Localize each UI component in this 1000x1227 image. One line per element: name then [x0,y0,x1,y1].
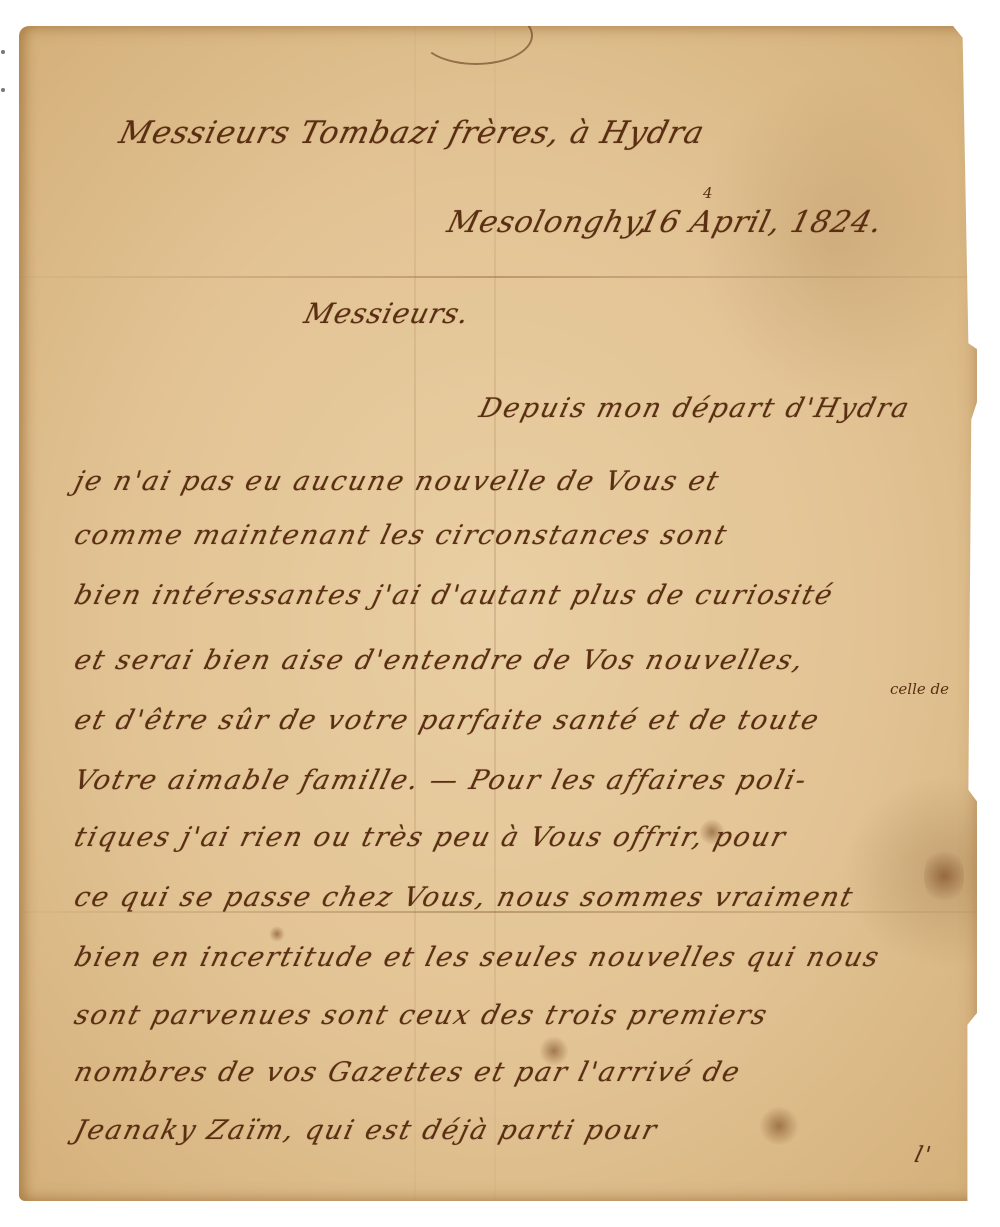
scan-margin-dot [1,88,5,92]
body-line: tiques j'ai rien ou très peu à Vous offr… [71,822,790,853]
date-superscript: 4 [703,184,713,202]
body-line: comme maintenant les circonstances sont [71,520,731,551]
body-line: bien intéressantes j'ai d'autant plus de… [71,580,837,611]
body-line: Jeanaky Zaïm, qui est déjà parti pour [71,1115,661,1146]
body-line: ce qui se passe chez Vous, nous sommes v… [71,882,857,913]
ink-stain [924,846,964,906]
body-line: Depuis mon départ d'Hydra [476,393,914,424]
body-line: bien en incertitude et les seules nouvel… [71,942,884,973]
scan-margin-dot [1,50,5,54]
ink-stain [759,1106,799,1146]
body-line: Votre aimable famille. — Pour les affair… [71,765,811,796]
date-day: 16 April, 1824. [636,205,887,240]
salutation: Messieurs. [301,297,473,330]
body-line: et serai bien aise d'entendre de Vos nou… [71,645,808,676]
body-line: je n'ai pas eu aucune nouvelle de Vous e… [71,466,723,497]
body-line: nombres de vos Gazettes et par l'arrivé … [71,1057,744,1088]
flourish [419,6,533,65]
body-line: sont parvenues sont ceux des trois premi… [71,1000,772,1031]
ink-stain [269,926,285,942]
body-line: et d'être sûr de votre parfaite santé et… [71,705,823,736]
date-place: Mesolonghy, [444,205,654,240]
fold-line [19,276,977,278]
address-line: Messieurs Tombazi frères, à Hydra [116,115,709,151]
interlinear-insertion: celle de [890,680,949,698]
